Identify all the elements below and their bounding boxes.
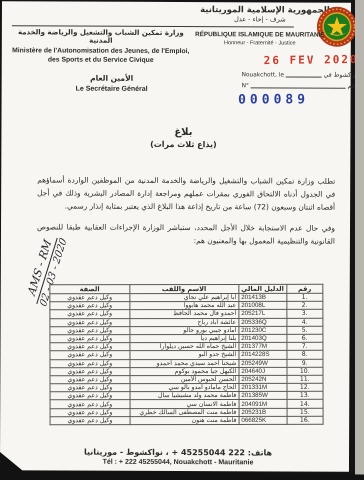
cell-id: 201413B <box>239 293 287 301</box>
cell-num: 11. <box>287 375 323 383</box>
cell-id: 201230C <box>239 326 287 334</box>
date-stamp: 26 FEV 2020 <box>264 53 350 67</box>
body-paragraph-1: تطلب وزارة تمكين الشباب والتشغيل والرياض… <box>37 173 335 213</box>
cell-title: وكيل دعم عقدوي <box>50 326 130 334</box>
cell-id: 205242N <box>239 375 287 383</box>
employee-table-body: 1.201413Bأبا إبراهيم علي نجايوكيل دعم عق… <box>50 293 323 424</box>
cell-num: 3. <box>286 310 322 318</box>
cell-name: الشيخ حماه الله حسين ديلوارا <box>130 343 239 351</box>
cell-name: أمادو جيبي بورو جالو <box>130 326 239 334</box>
table-header-row: رقم الدليل المالي الاسم واللقب الصفة <box>50 284 323 293</box>
cell-num: 9. <box>286 359 322 367</box>
cell-num: 7. <box>286 342 322 350</box>
document-title: بلاغ (يذاع ثلاث مرات) <box>1 126 364 150</box>
cell-num: 6. <box>286 334 322 342</box>
cell-id: 2014228S <box>239 351 287 359</box>
cell-title: وكيل دعم عقدوي <box>50 351 130 359</box>
cell-num: 12. <box>287 383 323 391</box>
cell-name: يلنا إبراهيم ديا <box>130 334 239 342</box>
footer-contact: هاتف: 222 45255044 + ، نواكشوط - موريتان… <box>0 447 356 467</box>
cell-name: فاطمة منت المصطفى السالك خطري <box>130 408 239 416</box>
scanned-document: الجمهورية الإسلامية الموريتانية شرف - إخ… <box>0 0 364 480</box>
cell-num: 13. <box>287 392 323 400</box>
title-main: بلاغ <box>1 126 364 139</box>
document-page: الجمهورية الإسلامية الموريتانية شرف - إخ… <box>0 1 351 472</box>
ministry-block: وزارة تمكين الشباب والتشغيل والرياضة وال… <box>12 28 190 65</box>
cell-id: 201008L <box>239 302 287 310</box>
cell-num: 8. <box>286 351 322 359</box>
ministry-name-french: Ministère de l'Autonomisation des Jeunes… <box>12 46 190 65</box>
cell-id: 201385W <box>239 392 287 400</box>
cell-name: عائشة أباد رباح <box>130 318 239 326</box>
secretary-general-french: Le Secrétaire Général <box>42 85 182 93</box>
cell-name: أبا إبراهيم علي نجاي <box>129 293 238 301</box>
national-motto-french: Honneur - Fraternité - Justice <box>185 40 335 47</box>
cell-name: الكيهل جيا محمود بوكوم <box>130 367 239 375</box>
city-label-arabic: نواكشوط في <box>324 72 358 79</box>
footer-phone-arabic: هاتف: 222 45255044 + ، نواكشوط - موريتان… <box>0 447 356 458</box>
cell-title: وكيل دعم عقدوي <box>50 343 130 351</box>
cell-id: 066825K <box>239 416 287 424</box>
cell-num: 4. <box>286 318 322 326</box>
blank-line <box>286 70 322 77</box>
cell-id: 205217L <box>239 310 287 318</box>
cell-id: 201331M <box>239 383 287 391</box>
cell-id: 205231B <box>239 408 287 416</box>
cell-name: فاطمة الانسان سي <box>130 400 239 408</box>
employee-table: رقم الدليل المالي الاسم واللقب الصفة 1.2… <box>49 284 323 425</box>
header-number: رقم <box>286 284 323 293</box>
reference-number-line: N° رقم <box>242 81 358 90</box>
cell-id: 201403Q <box>239 334 287 342</box>
blank-line <box>251 81 346 88</box>
city-date-line: Nouakchott, le نواكشوط في <box>242 70 358 79</box>
cell-id: 204091M <box>239 400 287 408</box>
cell-title: وكيل دعم عقدوي <box>50 335 130 343</box>
republic-name-french: RÉPUBLIQUE ISLAMIQUE DE MAURITANIE <box>185 31 335 39</box>
cell-num: 5. <box>286 326 322 334</box>
cell-num: 1. <box>286 293 322 301</box>
cell-title: وكيل دعم عقدوي <box>50 408 130 416</box>
cell-title: وكيل دعم عقدوي <box>50 359 130 367</box>
cell-num: 15. <box>287 408 323 416</box>
cell-id: 205249W <box>239 359 287 367</box>
cell-num: 10. <box>286 367 322 375</box>
cell-title: وكيل دعم عقدوي <box>50 384 130 392</box>
cell-name: أحمدو فال محمد الحافظ <box>130 310 239 318</box>
cell-title: وكيل دعم عقدوي <box>50 367 130 375</box>
header-title: الصفة <box>50 285 130 294</box>
header-divider-line <box>12 25 294 27</box>
reference-number-stamp: 000089 <box>224 92 324 107</box>
cell-title: وكيل دعم عقدوي <box>50 294 130 302</box>
secretary-general-arabic: الأمين العام <box>42 73 182 83</box>
cell-num: 14. <box>287 400 323 408</box>
city-label-french: Nouakchott, le <box>242 72 284 78</box>
cell-id: 205336Q <box>239 318 287 326</box>
cell-title: وكيل دعم عقدوي <box>50 302 130 310</box>
cell-title: وكيل دعم عقدوي <box>50 400 130 408</box>
cell-name: الحاج مامادو أمدو بالو سي <box>130 384 239 392</box>
cell-title: وكيل دعم عقدوي <box>50 392 130 400</box>
header-financial-id: الدليل المالي <box>239 284 287 293</box>
cell-num: 2. <box>286 301 322 309</box>
cell-title: وكيل دعم عقدوي <box>50 318 130 326</box>
cell-num: 16. <box>287 416 323 424</box>
title-subtitle: (يذاع ثلاث مرات) <box>1 139 364 150</box>
header-name: الاسم واللقب <box>129 284 238 293</box>
cell-name: فاطمة منت هنون <box>130 416 239 424</box>
cell-name: شيخنا أحمد سيدي محمد أحمدو <box>130 359 239 367</box>
cell-title: وكيل دعم عقدوي <box>50 310 130 318</box>
cell-title: وكيل دعم عقدوي <box>50 376 130 384</box>
cell-name: الشيخ جدو البو <box>130 351 239 359</box>
cell-title: وكيل دعم عقدوي <box>50 416 130 424</box>
cell-id: 204640J <box>239 367 287 375</box>
scan-edge-gray <box>355 0 364 480</box>
secretary-general-block: الأمين العام Le Secrétaire Général <box>42 73 182 93</box>
cell-id: 201377M <box>239 342 287 350</box>
table-row: 16.066825Kفاطمة منت هنونوكيل دعم عقدوي <box>50 416 323 425</box>
cell-name: عبد الله محمد هابووا <box>129 302 238 310</box>
number-label-french: N° <box>242 83 249 89</box>
ministry-name-arabic: وزارة تمكين الشباب والتشغيل والرياضة وال… <box>12 28 190 45</box>
footer-phone-french: Tél : + 222 45255044, Nouakchott - Mauri… <box>0 458 356 467</box>
cell-name: فاطمة محمد ولد مشيشيا سال <box>130 392 239 400</box>
cell-name: الحسن لحبوس الأمين <box>130 375 239 383</box>
body-paragraph-2: وفي حال عدم الاستجابة خلال الأجل المحدد،… <box>37 220 335 247</box>
